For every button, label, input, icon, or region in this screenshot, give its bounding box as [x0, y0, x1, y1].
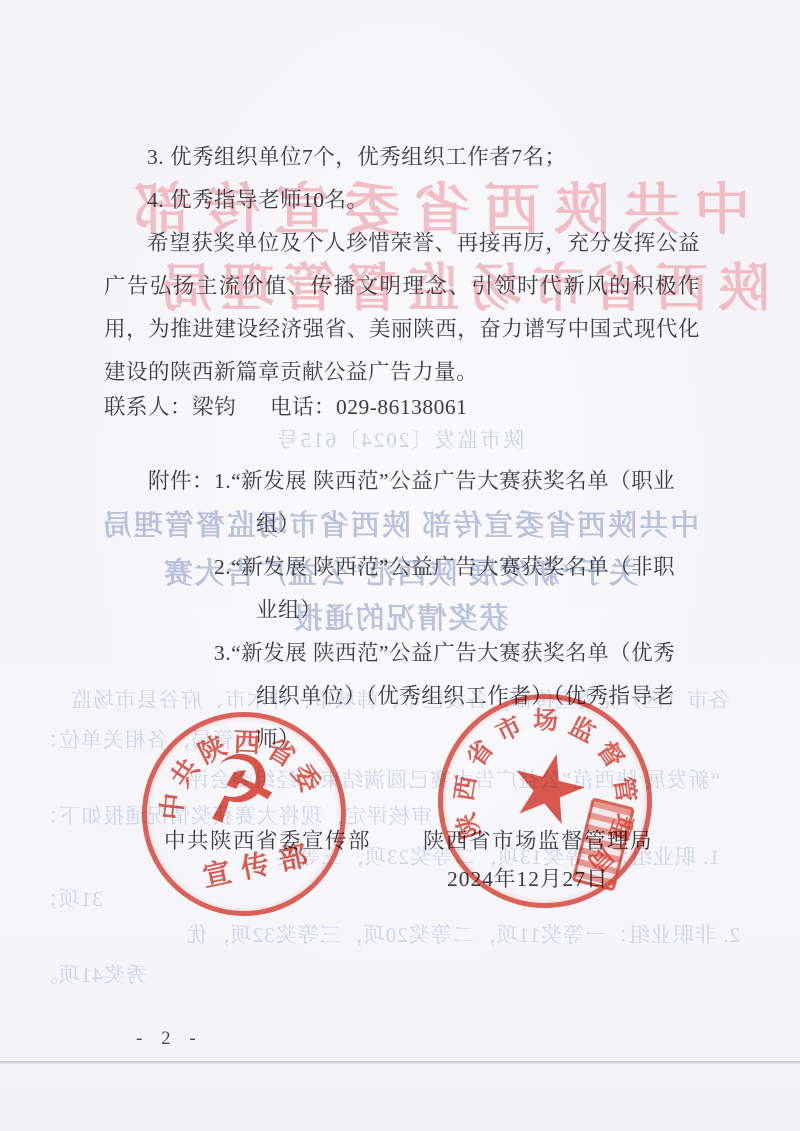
contact-line: 联系人：梁钧电话：029-86138061	[104, 386, 467, 429]
attachment-item: 2.“新发展 陕西范”公益广告大赛获奖名单（非职业组）	[214, 546, 696, 632]
attachment-item: 1.“新发展 陕西范”公益广告大赛获奖名单（职业组）	[214, 460, 696, 546]
document-content: 3. 优秀组织单位7个，优秀组织工作者7名； 4. 优秀指导老师10名。 希望获…	[0, 0, 800, 1131]
page-number: - 2 -	[136, 1028, 203, 1050]
attachments-label: 附件：	[148, 460, 214, 503]
scan-fold-line	[0, 1061, 800, 1064]
list-item-4: 4. 优秀指导老师10名。	[104, 179, 700, 222]
award-count-list: 3. 优秀组织单位7个，优秀组织工作者7名； 4. 优秀指导老师10名。	[104, 136, 700, 222]
list-item-3: 3. 优秀组织单位7个，优秀组织工作者7名；	[104, 136, 700, 179]
contact-phone: 电话：029-86138061	[270, 395, 467, 419]
hope-paragraph: 希望获奖单位及个人珍惜荣誉、再接再厉，充分发挥公益广告弘扬主流价值、传播文明理念…	[104, 222, 700, 394]
contact-person: 联系人：梁钧	[104, 395, 236, 419]
scanned-document-page: 中共陕西省委宣传部 陕西省市场监督管理局 陕市监发〔2024〕615号 中共陕西…	[0, 0, 800, 1131]
seal-propaganda-department: 中共陕西省委 ☭ 宣传部	[123, 693, 365, 935]
